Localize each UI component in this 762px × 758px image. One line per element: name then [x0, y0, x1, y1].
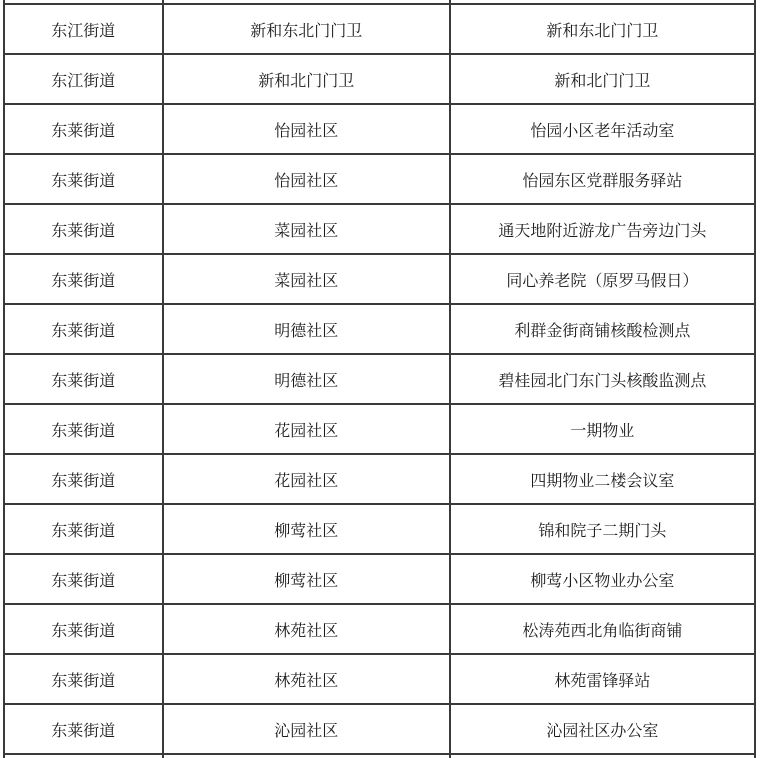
community-cell: 怡园社区 — [164, 155, 451, 203]
table-row: 东莱街道 怡园社区 怡园东区党群服务驿站 — [5, 153, 756, 203]
community-cell: 柳莺社区 — [164, 505, 451, 553]
testing-sites-table: 东江街道 新和东北门门卫 新和东北门门卫 东江街道 新和北门门卫 新和北门门卫 … — [3, 0, 756, 758]
site-cell: 一期物业 — [451, 405, 756, 453]
site-cell: 同心养老院（原罗马假日） — [451, 255, 756, 303]
table-row: 东莱街道 沁园社区 沁园社区办公室 — [5, 703, 756, 753]
table-row: 东莱街道 林苑社区 松涛苑西北角临街商铺 — [5, 603, 756, 653]
street-cell: 东莱街道 — [5, 505, 164, 553]
table-row: 东江街道 新和北门门卫 新和北门门卫 — [5, 53, 756, 103]
site-cell: 四期物业二楼会议室 — [451, 455, 756, 503]
table-row: 东莱街道 菜园社区 通天地附近游龙广告旁边门头 — [5, 203, 756, 253]
table-row: 东莱街道 柳莺社区 锦和院子二期门头 — [5, 503, 756, 553]
site-cell: 通天地附近游龙广告旁边门头 — [451, 205, 756, 253]
site-cell: 利群金街商铺核酸检测点 — [451, 305, 756, 353]
site-cell: 林苑雷锋驿站 — [451, 655, 756, 703]
table-row: 东莱街道 柳莺社区 柳莺小区物业办公室 — [5, 553, 756, 603]
table-row: 东莱街道 怡园社区 怡园小区老年活动室 — [5, 103, 756, 153]
site-cell: 怡园小区老年活动室 — [451, 105, 756, 153]
table-row: 东莱街道 花园社区 一期物业 — [5, 403, 756, 453]
community-cell: 明德社区 — [164, 305, 451, 353]
street-cell: 东莱街道 — [5, 105, 164, 153]
table-row-partial-bottom — [5, 753, 756, 758]
community-cell: 明德社区 — [164, 355, 451, 403]
community-cell: 花园社区 — [164, 455, 451, 503]
street-cell: 东莱街道 — [5, 455, 164, 503]
community-cell: 林苑社区 — [164, 655, 451, 703]
site-cell: 新和北门门卫 — [451, 55, 756, 103]
site-cell: 沁园社区办公室 — [451, 705, 756, 753]
community-cell: 花园社区 — [164, 405, 451, 453]
community-cell: 菜园社区 — [164, 255, 451, 303]
street-cell: 东莱街道 — [5, 555, 164, 603]
table-row: 东江街道 新和东北门门卫 新和东北门门卫 — [5, 3, 756, 53]
table-row: 东莱街道 菜园社区 同心养老院（原罗马假日） — [5, 253, 756, 303]
community-cell: 怡园社区 — [164, 105, 451, 153]
street-cell: 东莱街道 — [5, 305, 164, 353]
street-cell: 东莱街道 — [5, 605, 164, 653]
community-cell: 林苑社区 — [164, 605, 451, 653]
street-cell: 东莱街道 — [5, 355, 164, 403]
site-cell: 碧桂园北门东门头核酸监测点 — [451, 355, 756, 403]
street-cell: 东莱街道 — [5, 255, 164, 303]
site-cell: 锦和院子二期门头 — [451, 505, 756, 553]
table-row: 东莱街道 林苑社区 林苑雷锋驿站 — [5, 653, 756, 703]
street-cell: 东江街道 — [5, 5, 164, 53]
street-cell: 东莱街道 — [5, 705, 164, 753]
street-cell: 东莱街道 — [5, 155, 164, 203]
community-cell: 新和北门门卫 — [164, 55, 451, 103]
table-row: 东莱街道 明德社区 碧桂园北门东门头核酸监测点 — [5, 353, 756, 403]
table-row: 东莱街道 花园社区 四期物业二楼会议室 — [5, 453, 756, 503]
community-cell: 新和东北门门卫 — [164, 5, 451, 53]
community-cell: 沁园社区 — [164, 705, 451, 753]
site-cell: 松涛苑西北角临街商铺 — [451, 605, 756, 653]
site-cell: 新和东北门门卫 — [451, 5, 756, 53]
community-cell: 柳莺社区 — [164, 555, 451, 603]
site-cell: 怡园东区党群服务驿站 — [451, 155, 756, 203]
street-cell: 东莱街道 — [5, 405, 164, 453]
community-cell: 菜园社区 — [164, 205, 451, 253]
street-cell: 东莱街道 — [5, 205, 164, 253]
site-cell: 柳莺小区物业办公室 — [451, 555, 756, 603]
table-row: 东莱街道 明德社区 利群金街商铺核酸检测点 — [5, 303, 756, 353]
street-cell: 东莱街道 — [5, 655, 164, 703]
street-cell: 东江街道 — [5, 55, 164, 103]
